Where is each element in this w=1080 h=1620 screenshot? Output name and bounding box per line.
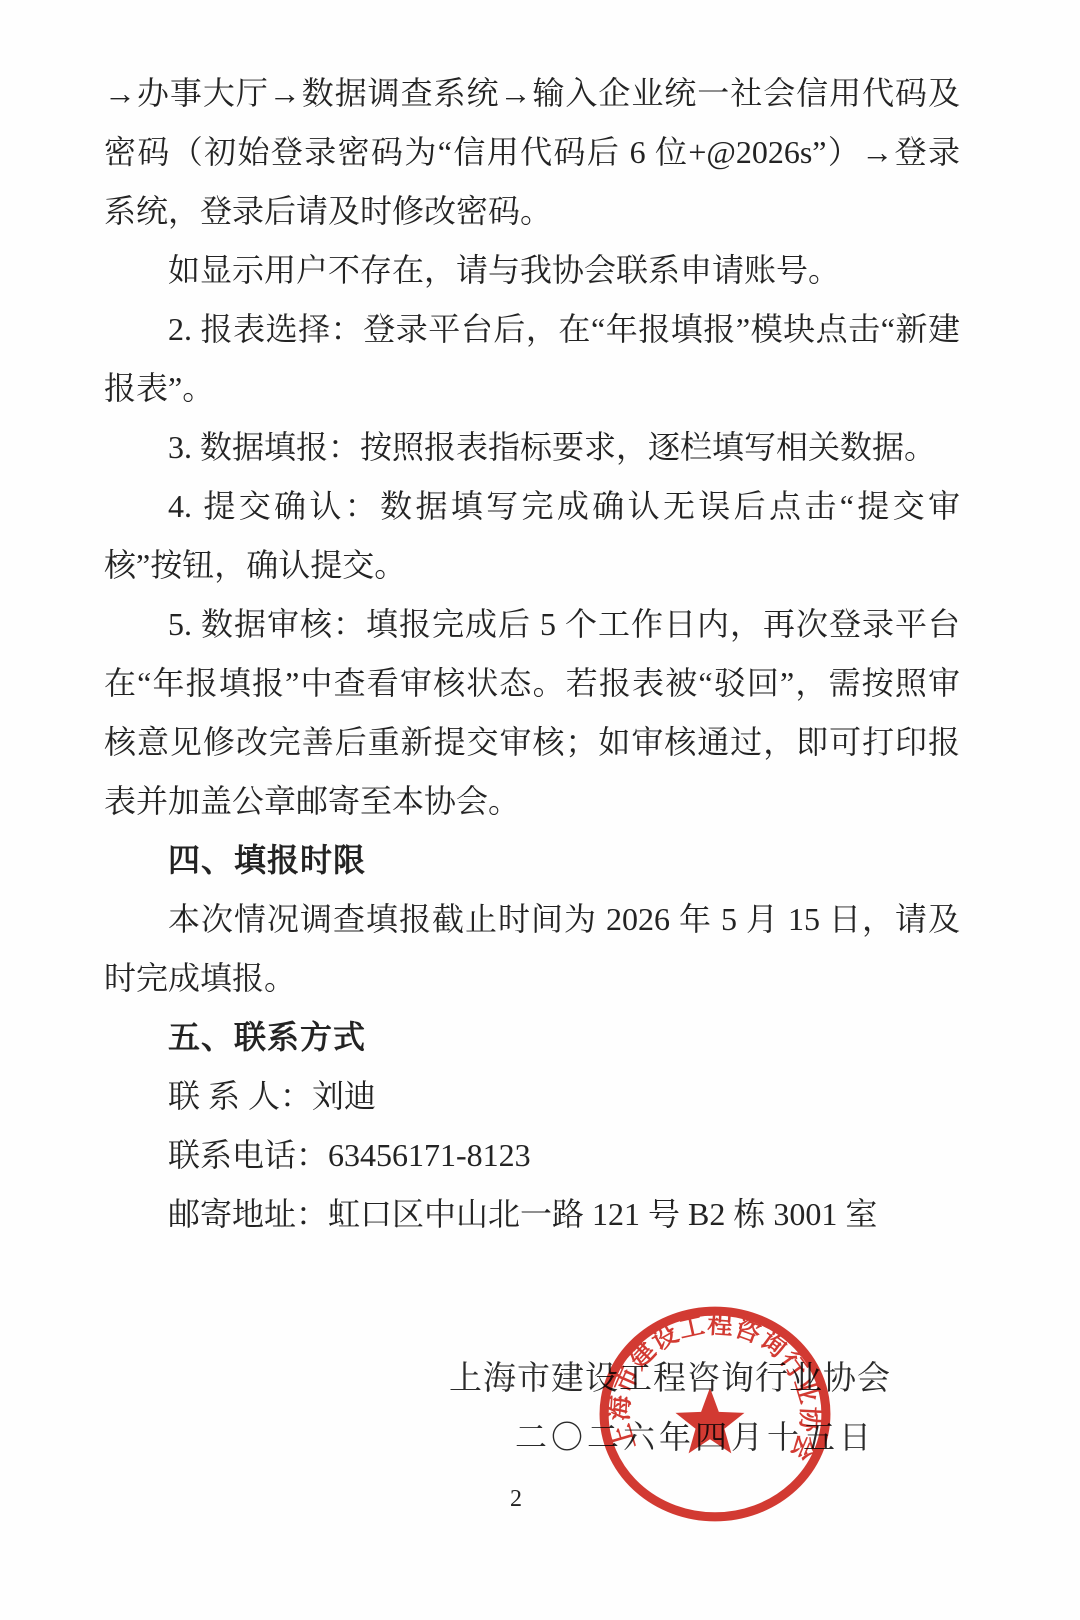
page-number: 2 xyxy=(510,1486,522,1513)
seal-ring-text: 上海市建设工程咨询行业协会 xyxy=(601,1303,834,1474)
document-body: →办事大厅→数据调查系统→输入企业统一社会信用代码及密码（初始登录密码为“信用代… xyxy=(104,64,960,1244)
star-icon xyxy=(675,1388,744,1454)
contact-phone-line: 联系电话：63456171-8123 xyxy=(104,1126,960,1185)
paragraph: 4. 提交确认：数据填写完成确认无误后点击“提交审核”按钮，确认提交。 xyxy=(104,477,960,595)
paragraph: →办事大厅→数据调查系统→输入企业统一社会信用代码及密码（初始登录密码为“信用代… xyxy=(104,64,960,241)
section-heading-deadline: 四、填报时限 xyxy=(104,831,960,890)
paragraph: 本次情况调查填报截止时间为 2026 年 5 月 15 日，请及时完成填报。 xyxy=(104,890,960,1008)
paragraph: 2. 报表选择：登录平台后，在“年报填报”模块点击“新建报表”。 xyxy=(104,300,960,418)
official-seal: 上海市建设工程咨询行业协会 xyxy=(594,1303,836,1529)
paragraph: 3. 数据填报：按照报表指标要求，逐栏填写相关数据。 xyxy=(104,418,960,477)
document-page: →办事大厅→数据调查系统→输入企业统一社会信用代码及密码（初始登录密码为“信用代… xyxy=(0,0,1080,1620)
section-heading-contact: 五、联系方式 xyxy=(104,1008,960,1067)
paragraph: 如显示用户不存在，请与我协会联系申请账号。 xyxy=(104,241,960,300)
mailing-address-line: 邮寄地址：虹口区中山北一路 121 号 B2 栋 3001 室 xyxy=(104,1185,960,1244)
paragraph: 5. 数据审核：填报完成后 5 个工作日内，再次登录平台在“年报填报”中查看审核… xyxy=(104,595,960,831)
svg-text:上海市建设工程咨询行业协会: 上海市建设工程咨询行业协会 xyxy=(601,1303,834,1474)
contact-person-line: 联 系 人：刘迪 xyxy=(104,1067,960,1126)
